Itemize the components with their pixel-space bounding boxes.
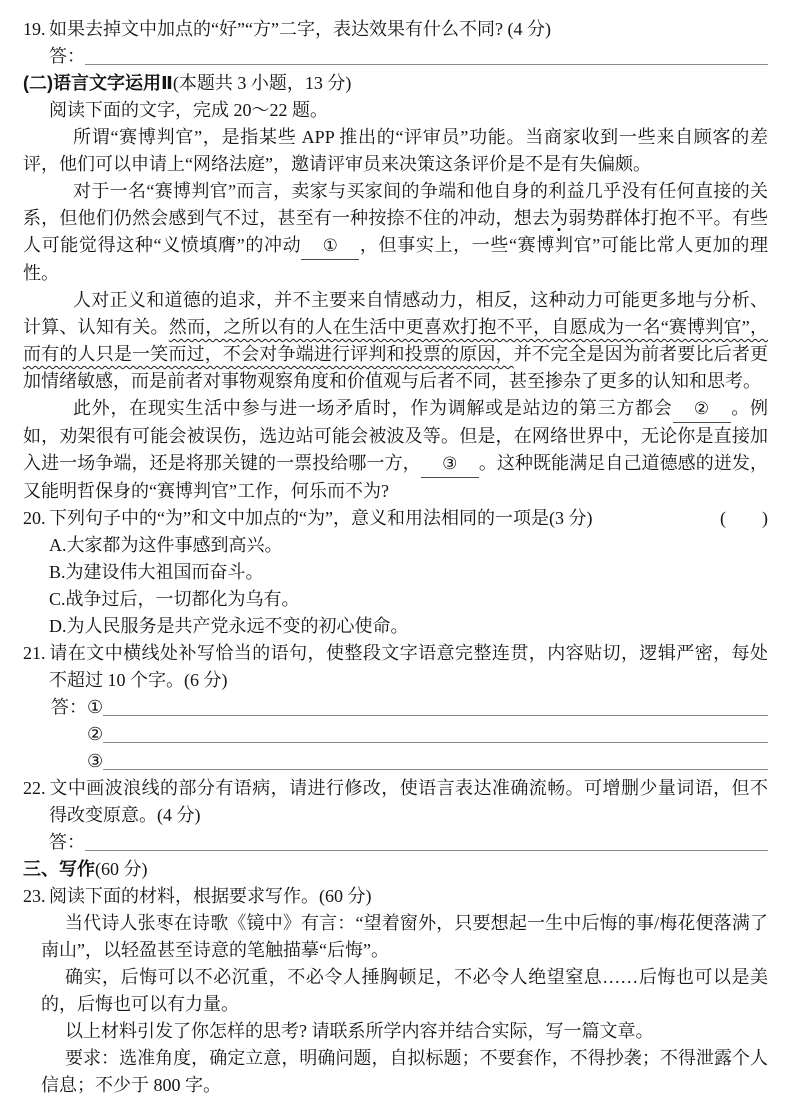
answer-fill-line bbox=[85, 829, 768, 851]
circled-number-1: ① bbox=[87, 694, 103, 721]
material-paragraph-2: 确实，后悔可以不必沉重，不必令人捶胸顿足，不必令人绝望窒息……后悔也可以是美的，… bbox=[41, 964, 768, 1018]
section-3-title-suffix: (60 分) bbox=[95, 859, 148, 879]
question-21: 21.请在文中横线处补写恰当的语句，使整段文字语意完整连贯，内容贴切，逻辑严密，… bbox=[23, 640, 768, 694]
option-label: A. bbox=[49, 535, 67, 555]
question-20: 20. 下列句子中的“为”和文中加点的“为”，意义和用法相同的一项是(3 分) … bbox=[23, 505, 768, 532]
exam-paper-page: 19.如果去掉文中加点的“好”“方”二字，表达效果有什么不同? (4 分) 答：… bbox=[0, 0, 800, 1104]
option-text: 为人民服务是共产党永远不变的初心使命。 bbox=[67, 616, 409, 636]
dotted-char: 为 bbox=[550, 208, 568, 228]
circled-number-3: ③ bbox=[87, 748, 103, 775]
option-a: A.大家都为这件事感到高兴。 bbox=[49, 532, 768, 559]
question-21-answer-line-2: ② bbox=[87, 721, 768, 748]
circled-number-1: ① bbox=[323, 236, 338, 255]
passage-intro: 阅读下面的文字，完成 20～22 题。 bbox=[49, 97, 768, 124]
question-21-number: 21. bbox=[23, 640, 49, 667]
section-3-title: 三、写作 bbox=[23, 859, 95, 879]
paragraph-text: 此外，在现实生活中参与进一场矛盾时，作为调解或是站边的第三方都会 bbox=[73, 398, 673, 418]
question-21-text: 请在文中横线处补写恰当的语句，使整段文字语意完整连贯，内容贴切，逻辑严密，每处不… bbox=[49, 643, 768, 690]
section-2-heading: (二)语言文字运用Ⅱ(本题共 3 小题，13 分) bbox=[23, 70, 768, 97]
question-20-number: 20. bbox=[23, 505, 49, 532]
answer-fill-line bbox=[103, 694, 768, 716]
answer-fill-line bbox=[103, 748, 768, 770]
circled-number-2: ② bbox=[694, 399, 709, 418]
option-label: B. bbox=[49, 562, 66, 582]
material-paragraph-3: 以上材料引发了你怎样的思考? 请联系所学内容并结合实际，写一篇文章。 bbox=[41, 1018, 768, 1045]
option-c: C.战争过后，一切都化为乌有。 bbox=[49, 586, 768, 613]
question-21-answer-line-3: ③ bbox=[87, 748, 768, 775]
passage-paragraph-3: 人对正义和道德的追求，并不主要来自情感动力，相反，这种动力可能更多地与分析、计算… bbox=[23, 287, 768, 395]
option-label: C. bbox=[49, 589, 66, 609]
circled-number-3: ③ bbox=[442, 454, 457, 473]
option-b: B.为建设伟大祖国而奋斗。 bbox=[49, 559, 768, 586]
answer-bracket-slot: ( ) bbox=[720, 505, 768, 532]
inline-blank-3: ③ bbox=[421, 450, 479, 478]
option-d: D.为人民服务是共产党永远不变的初心使命。 bbox=[49, 613, 768, 640]
question-22-answer-line: 答： bbox=[49, 829, 768, 856]
question-22: 22.文中画波浪线的部分有语病，请进行修改，使语言表达准确流畅。可增删少量词语，… bbox=[23, 775, 768, 829]
option-text: 为建设伟大祖国而奋斗。 bbox=[66, 562, 264, 582]
material-paragraph-4: 要求：选准角度，确定立意，明确问题，自拟标题；不要套作，不得抄袭；不得泄露个人信… bbox=[41, 1045, 768, 1099]
passage-paragraph-1: 所谓“赛博判官”，是指某些 APP 推出的“评审员”功能。当商家收到一些来自顾客… bbox=[23, 124, 768, 178]
answer-fill-line bbox=[85, 43, 768, 65]
answer-label: 答： bbox=[51, 694, 87, 721]
passage-paragraph-2: 对于一名“赛博判官”而言，卖家与买家间的争端和他自身的利益几乎没有任何直接的关系… bbox=[23, 178, 768, 287]
material-paragraph-1: 当代诗人张枣在诗歌《镜中》有言：“望着窗外，只要想起一生中后悔的事/梅花便落满了… bbox=[41, 910, 768, 964]
question-19: 19.如果去掉文中加点的“好”“方”二字，表达效果有什么不同? (4 分) bbox=[23, 16, 768, 43]
answer-label: 答： bbox=[49, 43, 85, 70]
option-text: 战争过后，一切都化为乌有。 bbox=[66, 589, 300, 609]
question-23: 23.阅读下面的材料，根据要求写作。(60 分) bbox=[23, 883, 768, 910]
question-19-answer-line: 答： bbox=[49, 43, 768, 70]
question-21-answer-line-1: 答：① bbox=[51, 694, 768, 721]
section-2-title-suffix: (本题共 3 小题，13 分) bbox=[173, 73, 352, 93]
question-20-text: 下列句子中的“为”和文中加点的“为”，意义和用法相同的一项是(3 分) bbox=[49, 505, 592, 532]
option-text: 大家都为这件事感到高兴。 bbox=[67, 535, 283, 555]
section-3-heading: 三、写作(60 分) bbox=[23, 856, 768, 883]
question-19-number: 19. bbox=[23, 16, 49, 43]
section-2-title: (二)语言文字运用Ⅱ bbox=[23, 73, 173, 93]
option-label: D. bbox=[49, 616, 67, 636]
circled-number-2: ② bbox=[87, 721, 103, 748]
question-19-text: 如果去掉文中加点的“好”“方”二字，表达效果有什么不同? (4 分) bbox=[49, 19, 551, 39]
paragraph-text: 所谓“赛博判官”，是指某些 APP 推出的“评审员”功能。当商家收到一些来自顾客… bbox=[23, 127, 768, 174]
answer-label: 答： bbox=[49, 829, 85, 856]
inline-blank-1: ① bbox=[301, 232, 359, 260]
answer-fill-line bbox=[103, 721, 768, 743]
question-22-number: 22. bbox=[23, 775, 49, 802]
question-23-number: 23. bbox=[23, 883, 49, 910]
question-22-text: 文中画波浪线的部分有语病，请进行修改，使语言表达准确流畅。可增删少量词语，但不得… bbox=[49, 778, 768, 825]
passage-paragraph-4: 此外，在现实生活中参与进一场矛盾时，作为调解或是站边的第三方都会②。例如，劝架很… bbox=[23, 395, 768, 505]
question-23-text: 阅读下面的材料，根据要求写作。(60 分) bbox=[49, 886, 372, 906]
inline-blank-2: ② bbox=[673, 395, 731, 423]
